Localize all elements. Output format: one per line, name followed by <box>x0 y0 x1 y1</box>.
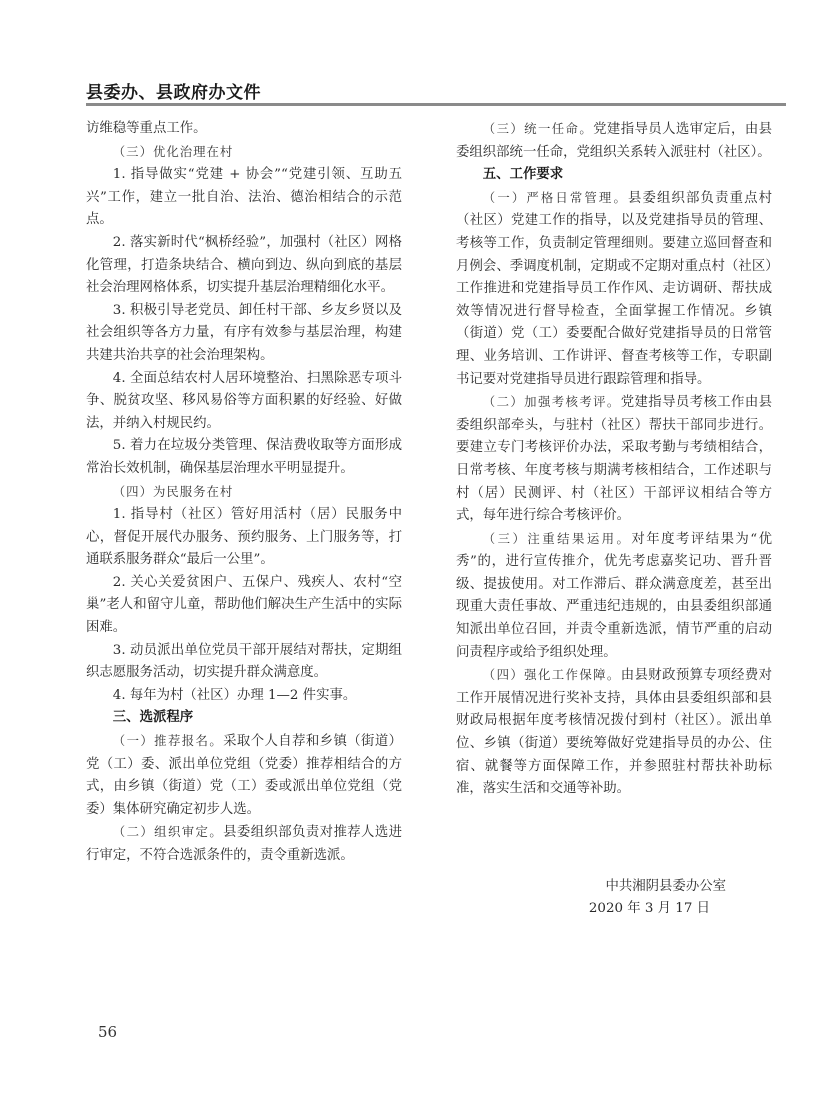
paragraph: 4. 全面总结农村人居环境整治、扫黑除恶专项斗争、脱贫攻坚、移风易俗等方面积累的… <box>86 368 402 436</box>
subheading-paragraph: （二）组织审定。县委组织部负责对推荐人选进行审定，不符合选派条件的，责令重新选派… <box>86 821 402 867</box>
subheading-lead: （三）统一任命。 <box>483 121 593 136</box>
paragraph-body: 对年度考评结果为“优秀”的，进行宣传推介，优先考虑嘉奖记功、晋升晋级、提拔使用。… <box>456 532 772 660</box>
paragraph: 1. 指导做实“党建 + 协会”“党建引领、互助五兴”工作，建立一批自治、法治、… <box>86 164 402 232</box>
subheading-paragraph: （三）注重结果运用。对年度考评结果为“优秀”的，进行宣传推介，优先考虑嘉奖记功、… <box>456 528 772 665</box>
paragraph: 3. 积极引导老党员、卸任村干部、乡友乡贤以及社会组织等各方力量，有序有效参与基… <box>86 300 402 368</box>
left-column: 访维稳等重点工作。 （三）优化治理在村 1. 指导做实“党建 + 协会”“党建引… <box>86 118 402 868</box>
subheading-paragraph: （二）加强考核考评。党建指导员考核工作由县委组织部牵头，与驻村（社区）帮扶干部同… <box>456 391 772 528</box>
subheading: （四）为民服务在村 <box>86 481 402 505</box>
subheading-lead: （四）强化工作保障。 <box>483 667 621 682</box>
subheading-lead: （四）为民服务在村 <box>113 484 234 499</box>
header-divider <box>86 103 786 106</box>
paragraph: 2. 关心关爱贫困户、五保户、残疾人、农村“空巢”老人和留守儿童，帮助他们解决生… <box>86 572 402 640</box>
right-column: （三）统一任命。党建指导员人选审定后，由县委组织部统一任命，党组织关系转入派驻村… <box>456 118 772 801</box>
page-number: 56 <box>98 1023 117 1041</box>
paragraph-body: 县委组织部负责重点村（社区）党建工作的指导，以及党建指导员的管理、考核等工作，负… <box>456 191 772 387</box>
section-heading: 三、选派程序 <box>86 707 402 730</box>
paragraph: 1. 指导村（社区）管好用活村（居）民服务中心，督促开展代办服务、预约服务、上门… <box>86 504 402 572</box>
running-header-title: 县委办、县政府办文件 <box>86 78 261 103</box>
subheading-paragraph: （四）强化工作保障。由县财政预算专项经费对工作开展情况进行奖补支持，具体由县委组… <box>456 664 772 801</box>
paragraph-body: 由县财政预算专项经费对工作开展情况进行奖补支持，具体由县委组织部和县财政局根据年… <box>456 668 772 796</box>
paragraph: 5. 着力在垃圾分类管理、保洁费收取等方面形成常治长效机制，确保基层治理水平明显… <box>86 435 402 480</box>
paragraph: 3. 动员派出单位党员干部开展结对帮扶，定期组织志愿服务活动，切实提升群众满意度… <box>86 640 402 685</box>
issuing-organization: 中共湘阴县委办公室 <box>456 876 772 898</box>
paragraph: 4. 每年为村（社区）办理 1—2 件实事。 <box>86 685 402 708</box>
paragraph: 访维稳等重点工作。 <box>86 118 402 141</box>
paragraph: 2. 落实新时代“枫桥经验”，加强村（社区）网格化管理，打造条块结合、横向到边、… <box>86 232 402 300</box>
subheading-lead: （三）优化治理在村 <box>113 144 234 159</box>
subheading-paragraph: （一）推荐报名。采取个人自荐和乡镇（街道）党（工）委、派出单位党组（党委）推荐相… <box>86 730 402 821</box>
issue-date: 2020 年 3 月 17 日 <box>456 898 772 920</box>
subheading-lead: （二）加强考核考评。 <box>483 394 621 409</box>
subheading-lead: （二）组织审定。 <box>113 824 223 839</box>
signature-block: 中共湘阴县委办公室 2020 年 3 月 17 日 <box>456 876 772 920</box>
subheading-lead: （一）推荐报名。 <box>113 733 223 748</box>
subheading-paragraph: （一）严格日常管理。县委组织部负责重点村（社区）党建工作的指导，以及党建指导员的… <box>456 187 772 391</box>
subheading-paragraph: （三）统一任命。党建指导员人选审定后，由县委组织部统一任命，党组织关系转入派驻村… <box>456 118 772 164</box>
subheading: （三）优化治理在村 <box>86 141 402 165</box>
paragraph-body: 党建指导员考核工作由县委组织部牵头，与驻村（社区）帮扶干部同步进行。要建立专门考… <box>456 395 772 523</box>
subheading-lead: （三）注重结果运用。 <box>483 531 632 546</box>
section-heading: 五、工作要求 <box>456 164 772 187</box>
subheading-lead: （一）严格日常管理。 <box>483 190 628 205</box>
